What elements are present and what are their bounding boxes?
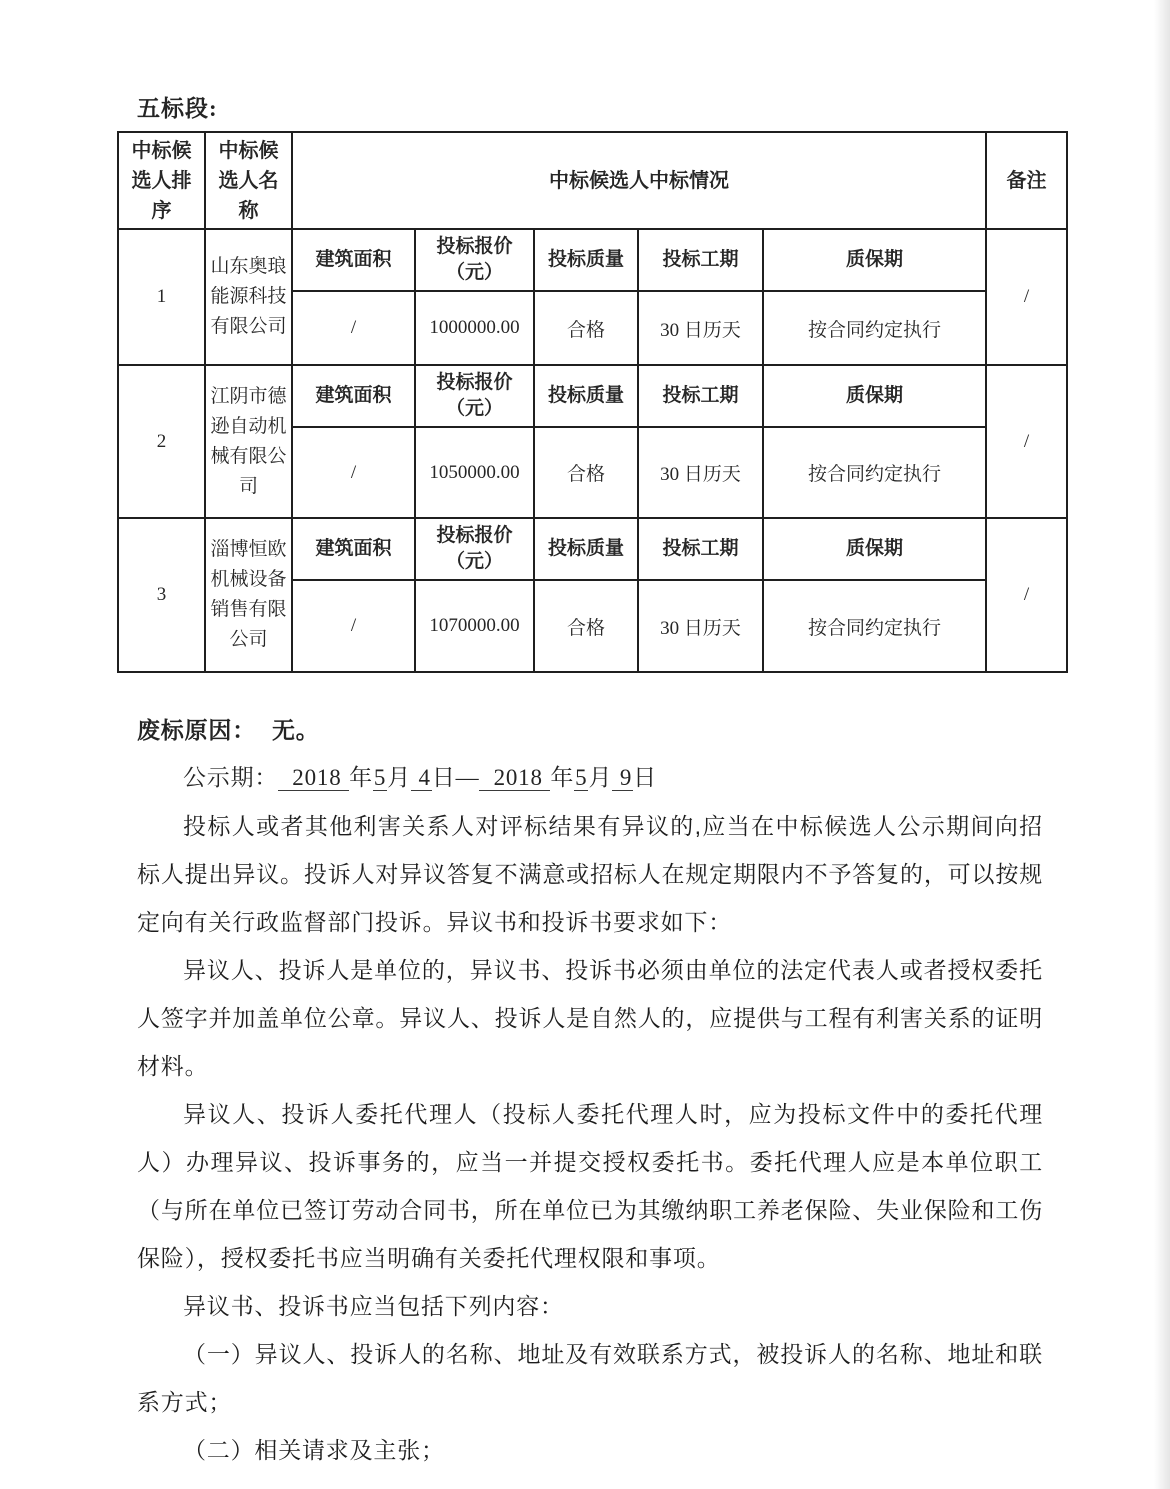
period-end-year: 2018 [479, 765, 550, 791]
rank-cell: 1 [118, 229, 205, 365]
area-value: / [292, 427, 415, 518]
duration-value: 30 日历天 [638, 291, 763, 365]
price-subheader: 投标报价 （元） [415, 229, 534, 291]
period-text: 月 [588, 765, 612, 790]
warranty-value: 按合同约定执行 [763, 580, 986, 672]
candidate-name-cell: 江阴市德逊自动机械有限公司 [205, 365, 292, 518]
situation-column-header: 中标候选人中标情况 [292, 132, 986, 229]
period-text: 日— [432, 765, 480, 790]
price-subheader: 投标报价 （元） [415, 518, 534, 580]
section-title: 五标段: [137, 90, 218, 123]
notice-text-block: 废标原因：无。 公示期： 2018 年5月 4日— 2018 年5月 9日 投标… [137, 706, 1043, 1474]
quality-subheader: 投标质量 [534, 365, 638, 427]
quality-value: 合格 [534, 427, 638, 518]
candidate-name-cell: 淄博恒欧机械设备销售有限公司 [205, 518, 292, 672]
period-text: 年 [550, 765, 574, 790]
period-label: 公示期： [183, 765, 278, 790]
period-text: 年 [349, 765, 373, 790]
quality-value: 合格 [534, 291, 638, 365]
area-subheader: 建筑面积 [292, 229, 415, 291]
candidate-3-subheader-row: 3 淄博恒欧机械设备销售有限公司 建筑面积 投标报价 （元） 投标质量 投标工期… [118, 518, 1067, 580]
price-value: 1070000.00 [415, 580, 534, 672]
warranty-subheader: 质保期 [763, 518, 986, 580]
publicity-period-line: 公示期： 2018 年5月 4日— 2018 年5月 9日 [137, 754, 1043, 802]
rank-column-header: 中标候选人排序 [118, 132, 205, 229]
paragraph-item-1: （一）异议人、投诉人的名称、地址及有效联系方式，被投诉人的名称、地址和联系方式； [137, 1330, 1043, 1426]
candidate-1-subheader-row: 1 山东奥琅能源科技有限公司 建筑面积 投标报价 （元） 投标质量 投标工期 质… [118, 229, 1067, 291]
period-end-day: 9 [612, 765, 633, 791]
duration-subheader: 投标工期 [638, 229, 763, 291]
warranty-value: 按合同约定执行 [763, 291, 986, 365]
price-subheader: 投标报价 （元） [415, 365, 534, 427]
table-header-row: 中标候选人排序 中标候选人名称 中标候选人中标情况 备注 [118, 132, 1067, 229]
warranty-subheader: 质保期 [763, 229, 986, 291]
period-start-month: 5 [373, 765, 387, 791]
paragraph-unit-requirements: 异议人、投诉人是单位的，异议书、投诉书必须由单位的法定代表人或者授权委托人签字并… [137, 946, 1043, 1090]
price-value: 1050000.00 [415, 427, 534, 518]
duration-value: 30 日历天 [638, 427, 763, 518]
quality-subheader: 投标质量 [534, 518, 638, 580]
paragraph-agent-requirements: 异议人、投诉人委托代理人（投标人委托代理人时，应为投标文件中的委托代理人）办理异… [137, 1090, 1043, 1282]
rejection-reason-label: 废标原因： [137, 717, 256, 743]
remark-cell: / [986, 518, 1067, 672]
rejection-reason-value: 无。 [272, 717, 320, 743]
remark-cell: / [986, 365, 1067, 518]
paragraph-content-intro: 异议书、投诉书应当包括下列内容： [137, 1282, 1043, 1330]
paragraph-objection-rules: 投标人或者其他利害关系人对评标结果有异议的,应当在中标候选人公示期间向招标人提出… [137, 802, 1043, 946]
period-start-day: 4 [411, 765, 432, 791]
quality-value: 合格 [534, 580, 638, 672]
bid-candidates-table: 中标候选人排序 中标候选人名称 中标候选人中标情况 备注 1 山东奥琅能源科技有… [117, 131, 1068, 673]
warranty-value: 按合同约定执行 [763, 427, 986, 518]
duration-value: 30 日历天 [638, 580, 763, 672]
area-value: / [292, 580, 415, 672]
price-value: 1000000.00 [415, 291, 534, 365]
rank-cell: 2 [118, 365, 205, 518]
name-column-header: 中标候选人名称 [205, 132, 292, 229]
period-text: 日 [633, 765, 657, 790]
quality-subheader: 投标质量 [534, 229, 638, 291]
rank-cell: 3 [118, 518, 205, 672]
document-page: 五标段: 中标候选人排序 中标候选人名称 中标候选人中标情况 备注 1 山东奥琅… [0, 0, 1170, 1489]
duration-subheader: 投标工期 [638, 518, 763, 580]
duration-subheader: 投标工期 [638, 365, 763, 427]
candidate-2-subheader-row: 2 江阴市德逊自动机械有限公司 建筑面积 投标报价 （元） 投标质量 投标工期 … [118, 365, 1067, 427]
remark-column-header: 备注 [986, 132, 1067, 229]
area-value: / [292, 291, 415, 365]
paragraph-item-2: （二）相关请求及主张； [137, 1426, 1043, 1474]
area-subheader: 建筑面积 [292, 518, 415, 580]
candidate-name-cell: 山东奥琅能源科技有限公司 [205, 229, 292, 365]
period-start-year: 2018 [278, 765, 349, 791]
scan-edge-shadow [1154, 0, 1170, 1489]
remark-cell: / [986, 229, 1067, 365]
period-end-month: 5 [574, 765, 588, 791]
warranty-subheader: 质保期 [763, 365, 986, 427]
period-text: 月 [387, 765, 411, 790]
area-subheader: 建筑面积 [292, 365, 415, 427]
rejection-reason-line: 废标原因：无。 [137, 706, 1043, 754]
